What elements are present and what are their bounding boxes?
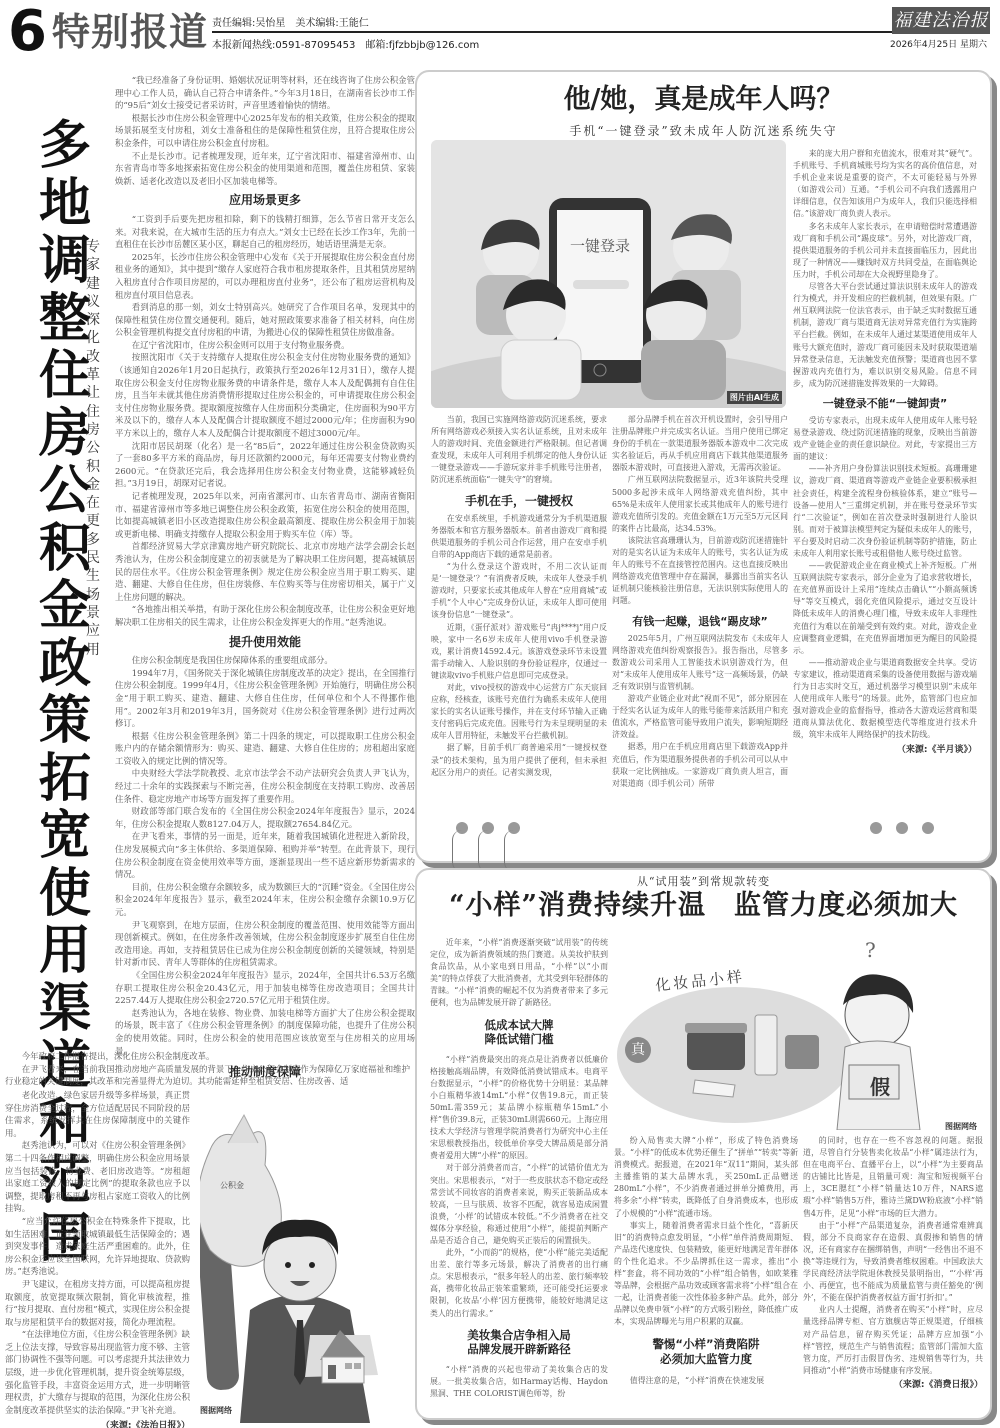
paragraph: 记者梳理发现，2025年以来，河南省漯河市、山东省青岛市、湖南省衡阳市、福建省漳… [115,490,415,540]
article-source: （来源:《半月谈》） [793,744,977,756]
article-subtitle: 手机“一键登录”致未成年人防沉迷系统失守 [415,122,992,139]
paragraph: 尽管各大平台尝试通过算法识别未成年人的游戏行为模式，并开发相应的拦截机制，但效果… [793,281,977,390]
page-number: 6 [8,4,45,60]
cosmetics-real-fake-icon: ? [615,935,985,1130]
section-heading: 有钱一起赚，退钱“踢皮球” [612,616,788,628]
article-source: （来源:《法治日报》） [5,1420,190,1428]
paragraph: 部分品牌手机在首次开机设置时，会引导用户注册品牌账户并完成实名认证。当用户使用已… [612,414,788,474]
paragraph: 首都经济贸易大学京津冀房地产研究院院长、北京市房地产法学会副会长赵秀池认为，住房… [115,540,415,603]
article-title: 他/她，真是成年人吗？ [415,84,992,116]
paragraph: 业内人士提醒，消费者在购买“小样”时，应尽量选择品牌专柜、官方旗舰店等正规渠道，… [803,1304,983,1377]
newspaper-logo: 福建法治报 [892,7,990,34]
paragraph: 游戏产业链企业对此“视而不见”，部分原因在于经实名认证为成年人的账号能带来活跃用… [612,693,788,741]
paragraph: “在法律地位方面，《住房公积金管理条例》缺乏上位法支撑，导致容易出现监管力度不够… [5,1328,190,1416]
left-article-tail: 老化改造、绿色家居升级等多样场景，真正贯穿住房消费全过程，全方位适配居民不同阶段… [5,1089,190,1428]
paragraph: 据了解，目前手机厂商普遍采用“一键授权登录”的技术架构，虽为用户提供了便利，但未… [431,742,607,778]
paragraph: 广州互联网法院数据显示，近3年该院共受理5000多起涉未成年人网络游戏充值纠纷，… [612,474,788,534]
article-source: （来源:《消费日报》） [803,1379,983,1391]
paragraph: 多名未成年人家长表示，在申请赔偿时常遭遇游戏厂商和手机公司“踢皮球”。另外，对比… [793,221,977,281]
paragraph: “应当允许住房公积金在特殊条件下提取，比如生活困难，正在领取城镇最低生活保障金的… [5,1215,190,1278]
article-title: “小样”消费持续升温 监管力度必须加大 [415,888,992,924]
paragraph: 由于“小样”产品渠道复杂，消费者通常难辨真假，部分不良商家存在造假、真假掺和销售… [803,1220,983,1305]
issue-date: 2026年4月25日 星期六 [890,37,987,50]
paragraph: 值得注意的是，“小样”消费在快速发展 [614,1375,798,1387]
article-column-c: 的同时，也存在一些不容忽视的问题。据报道，尽管自行分装售卖化妆品“小样”属违法行… [803,1135,983,1391]
paragraph: 尹飞观察到，在地方层面，住房公积金制度的覆盖范围、使用效能等方面出现创新模式。例… [115,919,415,969]
section-heading: 警惕“小样”消费陷阱 必须加大监管力度 [614,1337,798,1367]
article-column-c: 来的庞大用户群和充值流水，很难对其“硬气”。手机账号、手机商城账号均为实名的高价… [793,148,977,756]
paragraph: 此外，“小而韵”的规格，使“小样”能完美适配出差、旅行等多元场景，解决了消费者的… [430,1247,608,1320]
article-column-a: 当前，我国已实施网络游戏防沉迷系统，要求所有网络游戏必须接入实名认证系统，且对未… [431,414,607,779]
left-article-lead: 今年政府工作报告提出，深化住房公积金制度改革。在尹飞看来，在当前我国推动房地产高… [5,1050,410,1088]
paragraph: 沈阳市居民胡琛（化名）是一名“85后”，2022年通过住房公积金贷款购买了一套8… [115,440,415,490]
paragraph: 纷入局售卖大牌“小样”，形成了特色消费场景。“小样”的低成本优势还催生了“拼单”… [614,1135,798,1220]
paragraph: 《全国住房公积金2024年年度报告》显示，2024年，全国共计6.53万名缴存职… [115,969,415,1007]
section-heading: 提升使用效能 [115,636,415,649]
paragraph: 该院法官高珊珊认为，目前游戏防沉迷措施针对的是实名认证为未成年人的账号，实名认证… [612,535,788,608]
screen-login-text: 一键登录 [557,235,643,256]
paragraph: 对此，vivo授权的游戏中心运营方广东天宸回应称，经核查，该账号充值行为确系未成… [431,682,607,742]
paragraph: 据悉，用户在手机应用商店里下载游戏App并充值后，作为渠道服务提供者的手机公司可… [612,741,788,789]
paragraph: 今年政府工作报告提出，深化住房公积金制度改革。 [5,1050,410,1063]
paragraph: ——补齐用户身份算法识别技术短板。高珊珊建议，游戏厂商、渠道商等游戏产业链企业要… [793,463,977,560]
paragraph: 1994年7月，《国务院关于深化城镇住房制度改革的决定》提出，在全国推行住房公积… [115,667,415,730]
section-heading: 美妆集合店争相入局 品牌发展开辟新路径 [430,1328,608,1356]
paragraph: 中央财经大学法学院教授、北京市法学会不动产法研究会负责人尹飞认为，经过二十余年的… [115,767,415,805]
paragraph: 看到消息的那一刻，刘女士特别高兴。她研究了合作项目名单，发现其中的保障性租赁住房… [115,301,415,339]
paragraph: 尹飞建议，在租房支持方面，可以提高租房提取额度，放宽提取频次限制，简化审核流程，… [5,1278,190,1328]
real-tag: 真 [625,1037,651,1063]
left-article-body: “我已经准备了身份证明、婚姻状况证明等材料，还在线咨询了住房公积金管理中心工作人… [115,74,415,1083]
header-rule [212,31,972,33]
paragraph: 在尹飞看来，事情的另一面是，近年来，随着我国城镇化进程进入新阶段，住房发展模式向… [115,830,415,880]
section-heading: 手机在手，一键授权 [431,495,607,507]
paragraph: 2025年，长沙市住房公积金管理中心发布《关于开展提取住房公积金直付房租业务的通… [115,251,415,301]
article-column-b: 部分品牌手机在首次开机设置时，会引导用户注册品牌账户并完成实名认证。当用户使用已… [612,414,788,790]
cosmetics-sample-illustration: ? 化妆品小样 真 假 图据网络 [615,935,985,1130]
article-column-b: 纷入局售卖大牌“小样”，形成了特色消费场景。“小样”的低成本优势还催生了“拼单”… [614,1135,798,1387]
paragraph: “工资到手后要先把房租扣除，剩下的钱精打细算，怎么节省日常开支怎么来。对我来说，… [115,213,415,251]
section-title: 特别报道 [52,10,208,54]
paragraph: 近期，《蛋仔派对》游戏账号“冉j****j”用户反映，家中一名6岁未成年人使用v… [431,622,607,682]
paragraph: 对于部分消费者而言，“小样”的试错价值尤为突出。宋思根表示，“对于一些皮肤状态不… [430,1162,608,1247]
paragraph: 在安卓系统里，手机游戏通常分为手机渠道服务器版本和官方服务器版本。前者由游戏厂商… [431,513,607,561]
section-heading: 一键登录不能“一键卸责” [793,398,977,410]
image-credit: 图据网络 [200,1405,232,1416]
paragraph: 的同时，也存在一些不容忽视的问题。据报道，尽管自行分装售卖化妆品“小样”属违法行… [803,1135,983,1220]
bag-label: 公积金 [220,1180,244,1191]
article-column-a: 近年来，“小样”消费逐渐突破“试用装”的传统定位，成为新消费领域的热门赛道。从美… [430,937,608,1400]
paragraph: “小样”消费的兴起也带动了美妆集合店的发展。一批美妆集合店，如Harmay话梅、… [430,1364,608,1400]
paragraph: 当前，我国已实施网络游戏防沉迷系统，要求所有网络游戏必须接入实名认证系统，且对未… [431,414,607,487]
businessman-with-house-icon [200,1105,395,1423]
svg-text:?: ? [865,938,876,962]
paragraph: ——推动游戏企业与渠道商数据安全共享。受访专家建议，推动渠道商采集的设备使用数据… [793,657,977,742]
housing-fund-illustration: 公积金 图据网络 [200,1105,395,1423]
paragraph: 在尹飞看来，在当前我国推动房地产高质量发展的背景下，住房公积金制度作为保障亿万家… [5,1063,410,1088]
paragraph: 近年来，“小样”消费逐渐突破“试用装”的传统定位，成为新消费领域的热门赛道。从美… [430,937,608,1010]
contact-info: 本报新闻热线:0591-87095453 邮箱:fjfzbbjb@126.com [212,36,479,51]
paragraph: 来的庞大用户群和充值流水，很难对其“硬气”。手机账号、手机商城账号均为实名的高价… [793,148,977,221]
paragraph: 按照沈阳市《关于支持缴存人提取住房公积金支付住房物业服务费的通知》（该通知自20… [115,351,415,439]
section-heading: 应用场景更多 [115,194,415,207]
paragraph: 2025年5月，广州互联网法院发布《未成年人网络游戏充值纠纷观察报告》。报告指出… [612,633,788,693]
paragraph: 财政部等部门联合发布的《全国住房公积金2024年年度报告》显示，2024年，住房… [115,805,415,830]
paragraph: 目前，住房公积金缴存余额较多，成为数额巨大的“沉睡”资金。《全国住房公积金202… [115,881,415,919]
image-credit: 图片由AI生成 [727,391,782,404]
one-click-login-illustration: 一键登录 图片由AI生成 [431,140,786,408]
main-deck: 专家建议深化改革让住房公积金在更多民生场景应用 [80,238,106,659]
editor-credits: 责任编辑:吴怡星 美术编辑:王能仁 [212,14,369,29]
paragraph: “小样”消费最突出的亮点是让消费者以低廉价格接触高端品牌，有效降低消费试错成本。… [430,1054,608,1163]
paragraph: 在辽宁省沈阳市，住房公积金则可以用于支付物业服务费。 [115,339,415,352]
section-heading: 低成本试大牌 降低试错门槛 [430,1018,608,1046]
children-phone-icon [431,140,786,408]
paragraph: 受访专家表示，出现未成年人使用成年人账号轻易登录游戏、绕过防沉迷措施的现象，反映… [793,415,977,463]
paragraph: “各地推出相关举措，有助于深化住房公积金制度改革，让住房公积金更好地解决职工住房… [115,603,415,628]
paragraph: 根据长沙市住房公积金管理中心2025年发布的相关政策，住房公积金的提取场景拓展至… [115,112,415,150]
paragraph: “为什么登录这个游戏时，不用二次认证而是‘一键登录’？”有消费者反映，未成年人登… [431,561,607,621]
paragraph: 老化改造、绿色家居升级等多样场景，真正贯穿住房消费全过程，全方位适配居民不同阶段… [5,1089,190,1139]
paragraph: 不止是长沙市。记者梳理发现，近年来，辽宁省沈阳市、福建省漳州市、山东省青岛市等多… [115,150,415,188]
paragraph: “我已经准备了身份证明、婚姻状况证明等材料，还在线咨询了住房公积金管理中心工作人… [115,74,415,112]
paragraph: 住房公积金制度是我国住房保障体系的重要组成部分。 [115,654,415,667]
paragraph: 根据《住房公积金管理条例》第二十四条的规定，可以提取职工住房公积金账户内的存储余… [115,730,415,768]
fake-tag: 假 [870,1071,890,1100]
paragraph: 赵秀池认为，可以对《住房公积金管理条例》第二十四条作相应调整，明确住房公积金应用… [5,1139,190,1215]
paragraph: 事实上，随着消费者需求日益个性化，“喜新厌旧”的消费特点愈发明显，“小样”单件消… [614,1220,798,1329]
paragraph: ——敦促游戏企业在商业模式上补齐短板。广州互联网法院专家表示，部分企业为了追求营… [793,560,977,657]
article-kicker: 从“试用装”到常规款转变 [415,873,992,889]
image-credit: 图据网络 [945,1121,977,1132]
